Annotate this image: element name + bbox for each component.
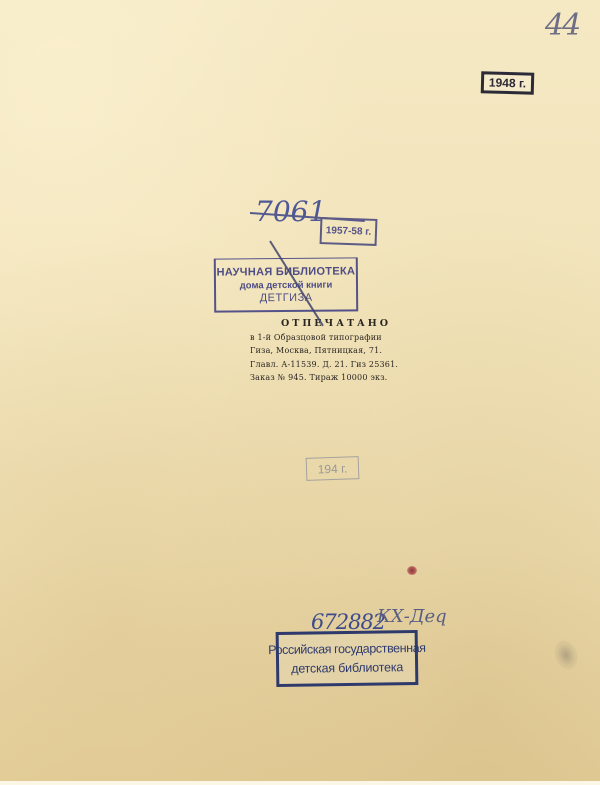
imprint-line: Гиза, Москва, Пятницкая, 71. bbox=[250, 344, 410, 358]
handwritten-page-number: 44 bbox=[545, 8, 579, 43]
rgdb-stamp-line-2: детская библиотека bbox=[291, 660, 403, 676]
handwritten-inventory-number: 7061 bbox=[255, 195, 326, 228]
printing-imprint: ОТПЕЧАТАНО в 1-й Образцовой типографии Г… bbox=[250, 317, 410, 385]
ink-smudge bbox=[551, 637, 582, 673]
rgdb-library-stamp: Российская государственная детская библи… bbox=[276, 630, 419, 687]
faded-year-stamp: 194 г. bbox=[306, 456, 360, 481]
rgdb-stamp-line-1: Российская государственная bbox=[268, 641, 426, 657]
imprint-title: ОТПЕЧАТАНО bbox=[262, 317, 410, 331]
year-stamp-1948: 1948 г. bbox=[481, 71, 535, 94]
handwritten-department-code: КХ-Деq bbox=[377, 606, 447, 627]
library-stamp-line-2: дома детской книги bbox=[240, 279, 333, 291]
red-stain bbox=[407, 566, 417, 575]
page-bottom-edge bbox=[0, 781, 600, 785]
scanned-page: 44 1948 г. 7061 1957-58 г. НАУЧНАЯ БИБЛИ… bbox=[0, 0, 600, 785]
period-stamp: 1957-58 г. bbox=[320, 217, 378, 246]
imprint-line: в 1-й Образцовой типографии bbox=[250, 331, 410, 345]
imprint-line: Главл. А-11539. Д. 21. Гиз 25361. bbox=[250, 358, 410, 372]
imprint-line: Заказ № 945. Тираж 10000 экз. bbox=[250, 371, 410, 385]
